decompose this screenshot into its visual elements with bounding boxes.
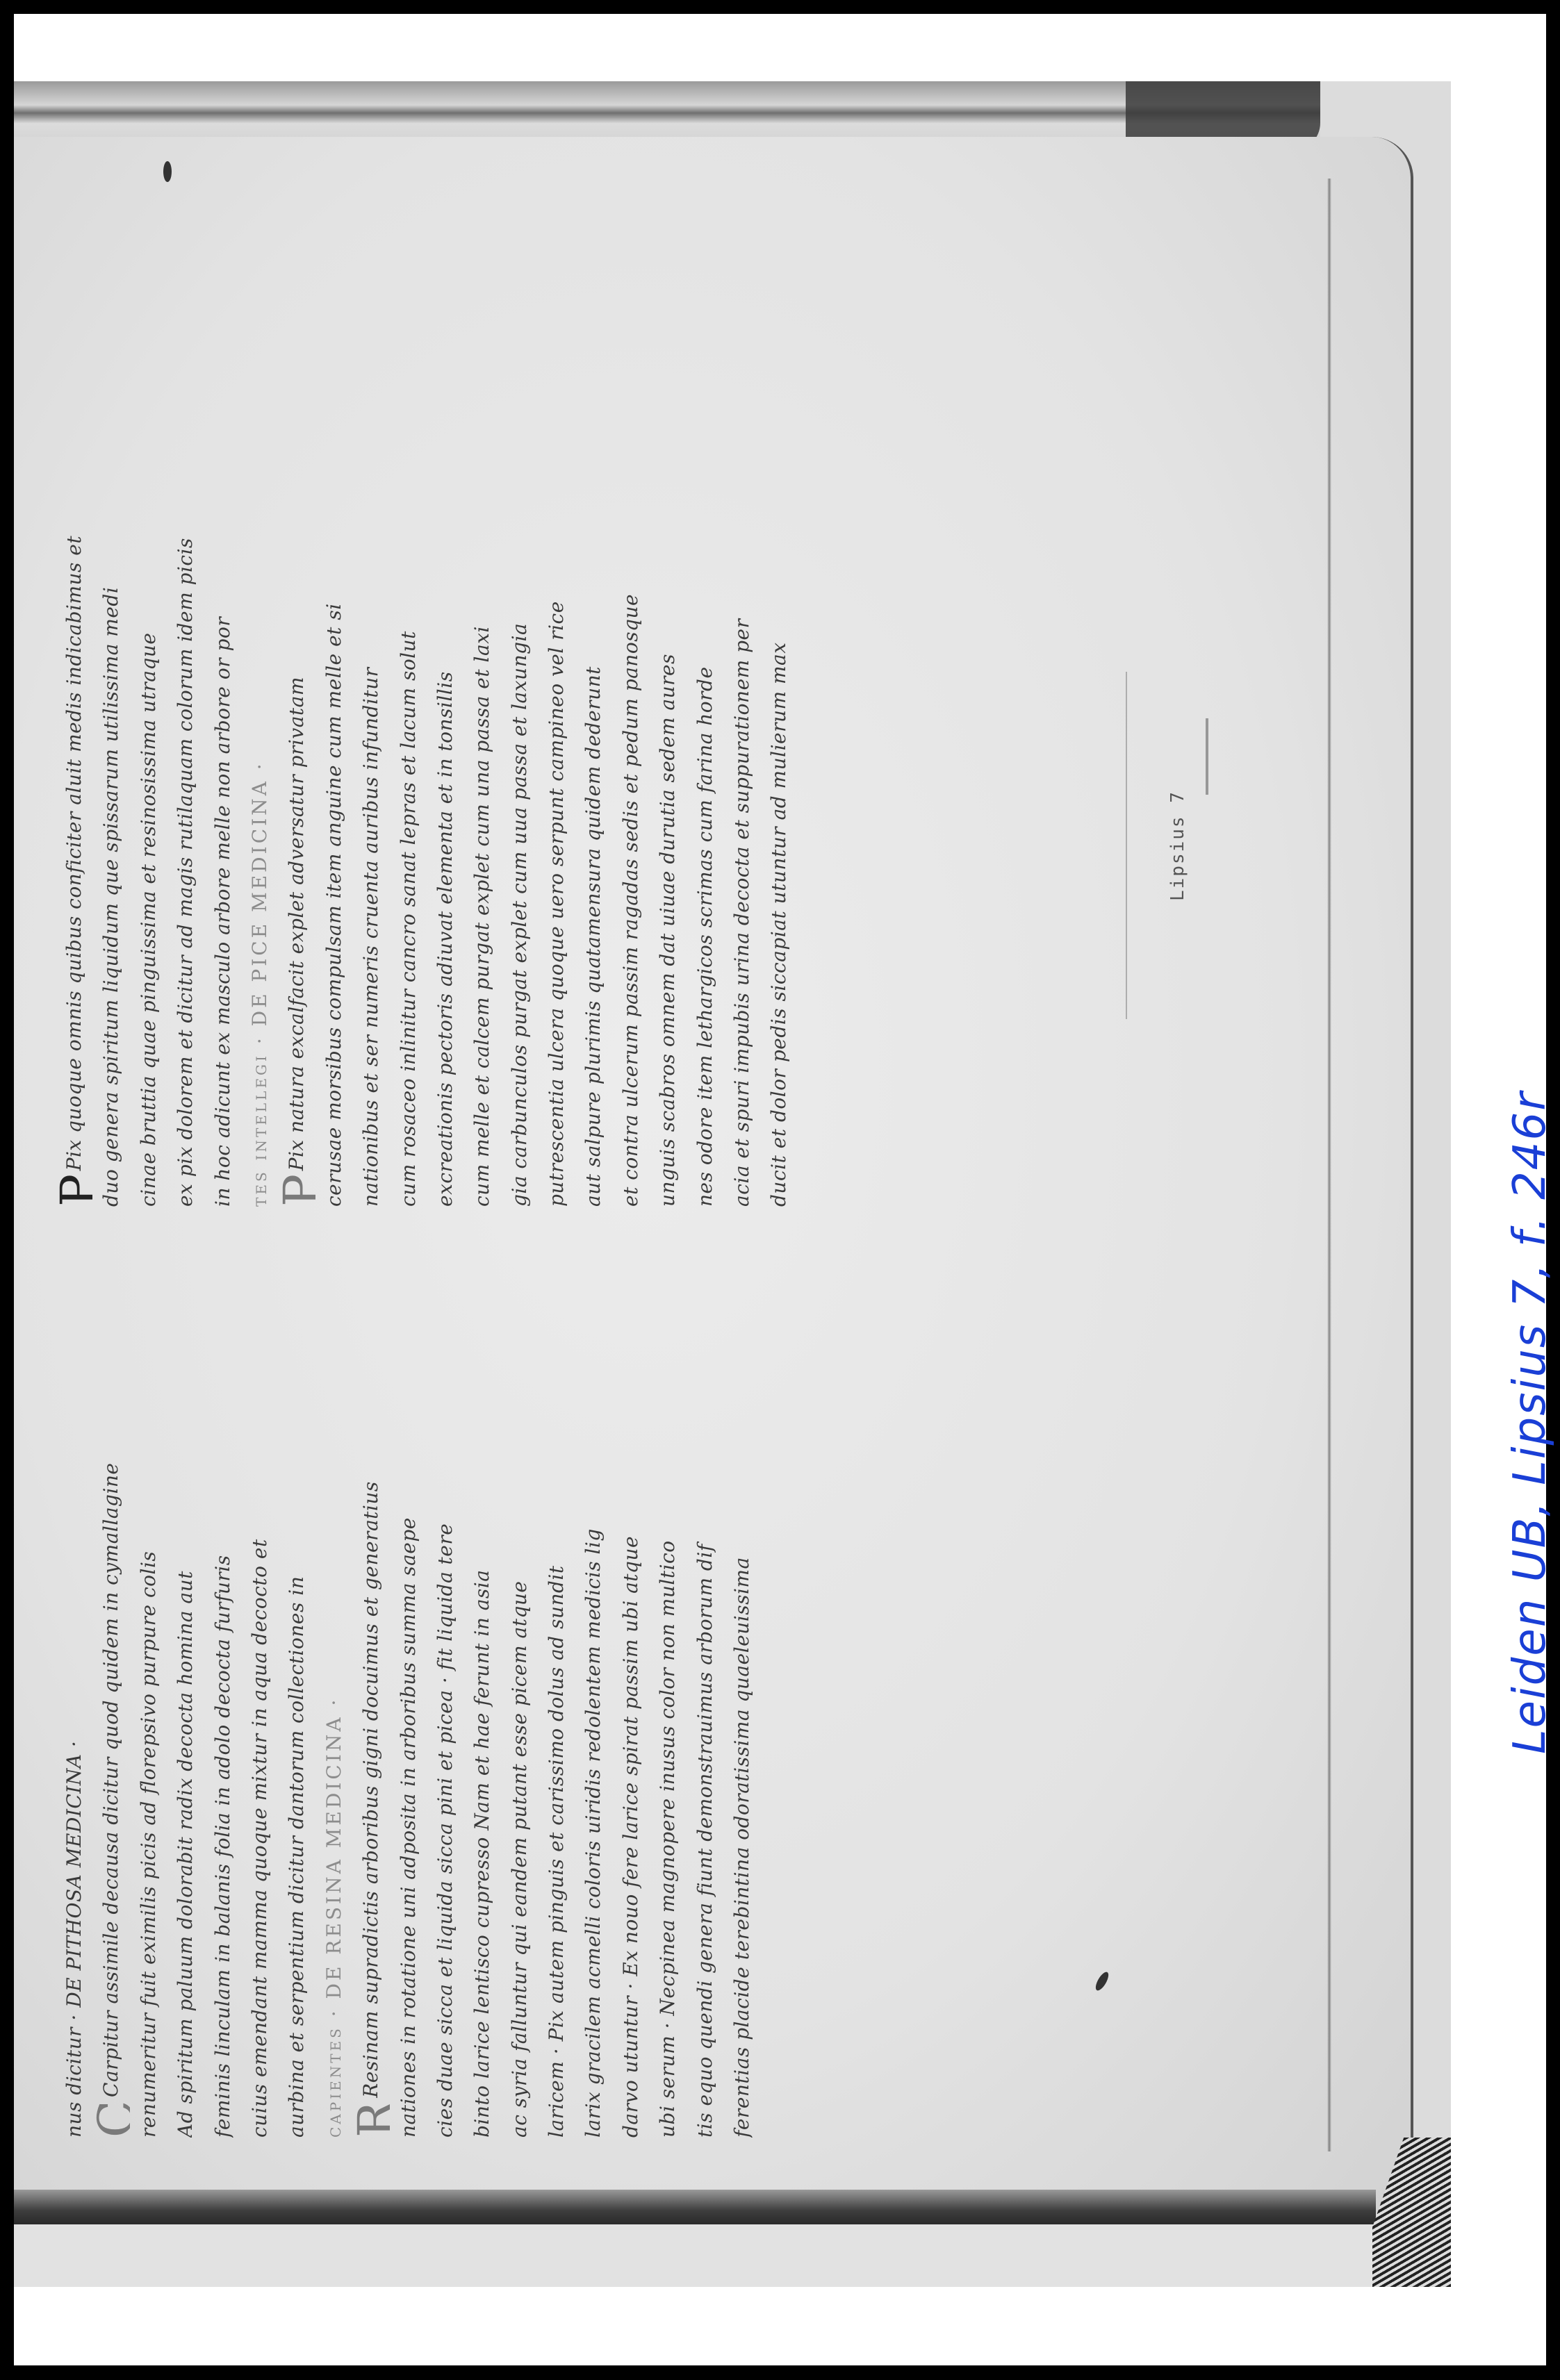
- text-line: excreationis pectoris adiuvat elementa e…: [427, 443, 463, 1207]
- text-line: tis equo quendi genera fiunt demonstraui…: [687, 1311, 723, 2138]
- text-line: cum rosaceo inlinitur cancro sanat lepra…: [390, 443, 427, 1207]
- text-line: PPix natura excalfacit explet adversatur…: [278, 443, 315, 1207]
- library-stamp: Lipsius 7: [1167, 791, 1188, 901]
- initial-letter: C: [102, 2100, 130, 2138]
- text-line: aurbina et serpentium dicitur dantorum c…: [278, 1311, 315, 2138]
- text-line: cinae bruttia quae pinguissima et resino…: [130, 443, 167, 1207]
- text-line: et contra ulcerum passim ragadas sedis e…: [612, 443, 649, 1207]
- text-line: cerusae morsibus compulsam item anguine …: [315, 443, 352, 1207]
- rubric-heading: capientes · DE RESINA MEDICINA ·: [315, 1311, 352, 2138]
- text-line: PPix quoque omnis quibus conficiter alui…: [56, 443, 92, 1207]
- manuscript-photograph: nus dicitur · DE PITHOSA MEDICINA · CCar…: [14, 81, 1451, 2287]
- text-line: ex pix dolorem et dicitur ad magis rutil…: [167, 443, 204, 1207]
- text-line: ubi serum · Necpinea magnopere inusus co…: [649, 1311, 686, 2138]
- text-line: darvo utuntur · Ex nouo fere larice spir…: [612, 1311, 649, 2138]
- initial-letter: P: [288, 1173, 315, 1207]
- text-line: laricem · Pix autem pinguis et carissimo…: [538, 1311, 575, 2138]
- text-line: RResinam supradictis arboribus gigni doc…: [352, 1311, 389, 2138]
- text-line: aut salpure plurimis quatamensura quidem…: [575, 443, 611, 1207]
- text-line: cies duae sicca et liquida sicca pini et…: [427, 1311, 463, 2138]
- text-line: unguis scabros omnem dat uiuae durutia s…: [649, 443, 686, 1207]
- initial-letter: P: [65, 1173, 92, 1207]
- text-line: CCarpitur assimile decausa dicitur quod …: [92, 1311, 129, 2138]
- text-line: ducit et dolor pedis siccapiat utuntur a…: [760, 443, 797, 1207]
- shelfmark-annotation: Leiden UB, Lipsius 7, f. 246r: [1504, 1091, 1556, 1754]
- text-line: in hoc adicunt ex masculo arbore melle n…: [204, 443, 241, 1207]
- leaf-fore-edge: [1327, 179, 1331, 2151]
- text-line: nationibus et ser numeris cruenta auribu…: [352, 443, 389, 1207]
- text-line: renumeritur fuit eximilis picis ad flore…: [130, 1311, 167, 2138]
- text-line: cuius emendant mamma quoque mixtur in aq…: [241, 1311, 278, 2138]
- pencil-sketch: [1126, 672, 1301, 1019]
- text-line: feminis linculam in balanis folia in ado…: [204, 1311, 241, 2138]
- text-line: nes odore item lethargicos scrimas cum f…: [687, 443, 723, 1207]
- text-line: nus dicitur · DE PITHOSA MEDICINA ·: [56, 1311, 92, 2138]
- text-line: gia carbunculos purgat explet cum uua pa…: [501, 443, 538, 1207]
- text-line: ferentias placide terebintina odoratissi…: [723, 1311, 760, 2138]
- text-line: cum melle et calcem purgat explet cum un…: [463, 443, 500, 1207]
- text-line: acia et spuri impubis urina decocta et s…: [723, 443, 760, 1207]
- text-line: putrescentia ulcera quoque uero serpunt …: [538, 443, 575, 1207]
- text-line: ac syria falluntur qui eandem putant ess…: [501, 1311, 538, 2138]
- ink-spot: [163, 161, 172, 182]
- text-line: binto larice lentisco cupresso Nam et ha…: [463, 1311, 500, 2138]
- text-column-b: PPix quoque omnis quibus conficiter alui…: [56, 443, 798, 1207]
- facing-page-strip: [14, 2224, 1451, 2287]
- text-column-a: nus dicitur · DE PITHOSA MEDICINA · CCar…: [56, 1311, 760, 2138]
- text-line: nationes in rotatione uni adposita in ar…: [390, 1311, 427, 2138]
- text-line: Ad spiritum paluum dolorabit radix decoc…: [167, 1311, 204, 2138]
- rubric-heading: tes intellegi · DE PICE MEDICINA ·: [241, 443, 278, 1207]
- initial-letter: R: [362, 2101, 390, 2138]
- text-line: duo genera spiritum liquidum que spissar…: [92, 443, 129, 1207]
- gutter-shadow: [14, 2190, 1376, 2224]
- text-line: larix gracilem acmelli coloris uiridis r…: [575, 1311, 611, 2138]
